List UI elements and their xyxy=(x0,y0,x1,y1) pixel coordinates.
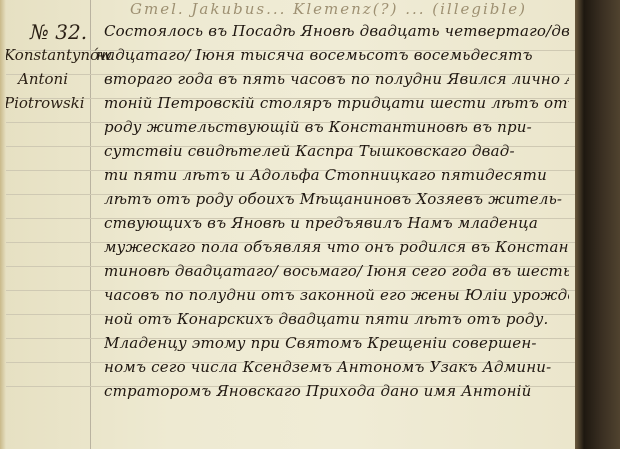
text-line: номъ сего числа Ксендземъ Антономъ Узакъ… xyxy=(104,358,569,376)
text-line: ной отъ Конарскихъ двадцати пяти лѣтъ от… xyxy=(104,310,569,328)
register-page: Gmel. Jakubus... Klemenz(?) ... (illegib… xyxy=(0,0,575,449)
margin-note-place: Konstantynów xyxy=(4,46,94,64)
text-line: втораго года въ пять часовъ по полудни Я… xyxy=(104,70,569,88)
book-binding xyxy=(575,0,620,449)
text-line: Состоялось въ Посадѣ Яновѣ двадцать четв… xyxy=(104,22,569,40)
text-line: страторомъ Яновскаго Прихода дано имя Ан… xyxy=(104,382,569,400)
text-line: ти пяти лѣтъ и Адольфа Стопницкаго пятид… xyxy=(104,166,569,184)
margin-note-surname: Piotrowski xyxy=(4,94,94,112)
text-line: надцатаго/ Іюня тысяча восемьсотъ восемь… xyxy=(96,46,561,64)
text-line: сутствіи свидѣтелей Каспра Тышковскаго д… xyxy=(104,142,569,160)
margin-note-given-name: Antoni xyxy=(18,70,108,88)
text-line: тиновѣ двадцатаго/ восьмаго/ Іюня сего г… xyxy=(104,262,569,280)
text-line: мужескаго пола объявляя что онъ родился … xyxy=(104,238,569,256)
text-line: ствующихъ въ Яновѣ и предъявилъ Намъ мла… xyxy=(104,214,569,232)
text-line: часовъ по полудни отъ законной его жены … xyxy=(104,286,569,304)
entry-number: № 32. xyxy=(30,20,87,44)
margin-line xyxy=(90,0,91,449)
text-line: тоній Петровскій столяръ тридцати шести … xyxy=(104,94,569,112)
text-line: лѣтъ отъ роду обоихъ Мѣщаниновъ Хозяевъ … xyxy=(104,190,569,208)
faded-header-line: Gmel. Jakubus... Klemenz(?) ... (illegib… xyxy=(130,0,570,22)
text-line: Младенцу этому при Святомъ Крещеніи сове… xyxy=(104,334,569,352)
text-line: роду жительствующій въ Константиновѣ въ … xyxy=(104,118,569,136)
